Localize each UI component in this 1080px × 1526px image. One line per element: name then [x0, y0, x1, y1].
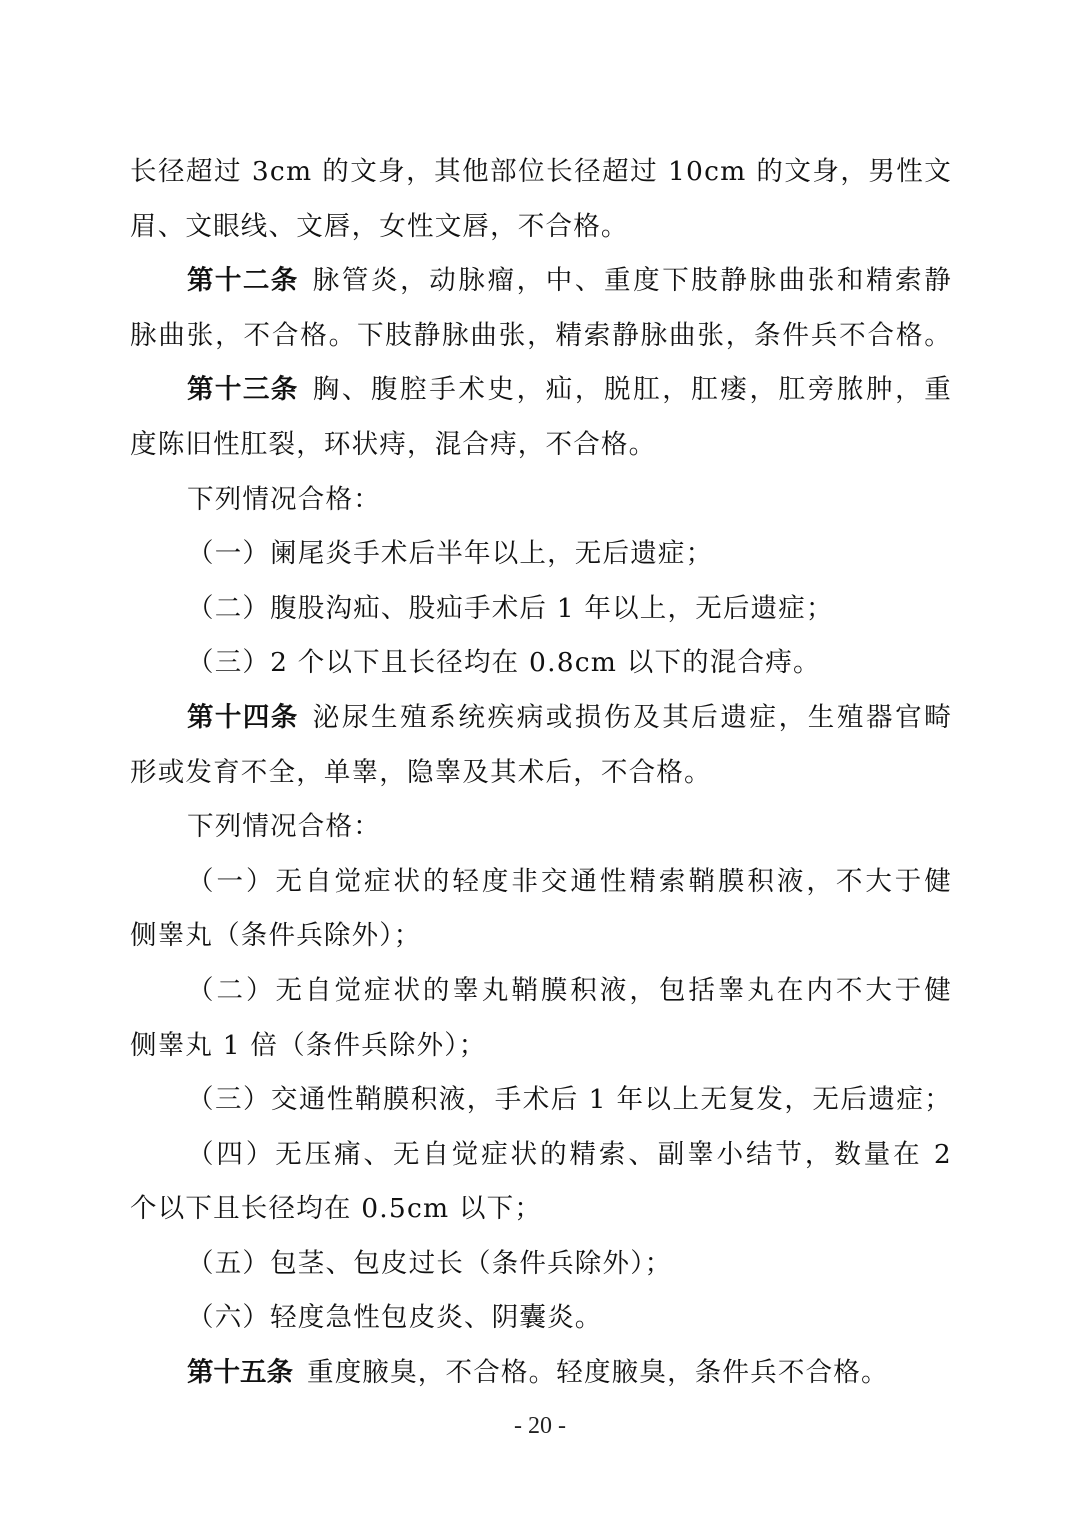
document-page: 长径超过 3cm 的文身，其他部位长径超过 10cm 的文身，男性文 眉、文眼线… [130, 145, 952, 1401]
article-continuation: 脉曲张，不合格。下肢静脉曲张，精索静脉曲张，条件兵不合格。 [130, 309, 952, 364]
list-item-continuation: 侧睾丸（条件兵除外）； [130, 909, 952, 964]
article-first-line: 第十二条脉管炎，动脉瘤，中、重度下肢静脉曲张和精索静 [130, 254, 952, 309]
article-text: 胸、腹腔手术史，疝，脱肛，肛瘘，肛旁脓肿，重 [313, 374, 952, 405]
list-item: （三）2 个以下且长径均在 0.8cm 以下的混合痔。 [130, 636, 952, 691]
list-item: （一）无自觉症状的轻度非交通性精索鞘膜积液，不大于健 [130, 855, 952, 910]
list-item: （二）腹股沟疝、股疝手术后 1 年以上，无后遗症； [130, 582, 952, 637]
article-14: 第十四条泌尿生殖系统疾病或损伤及其后遗症，生殖器官畸 形或发育不全，单睾，隐睾及… [130, 691, 952, 1346]
list-item-continuation: 侧睾丸 1 倍（条件兵除外）； [130, 1019, 952, 1074]
article-12: 第十二条脉管炎，动脉瘤，中、重度下肢静脉曲张和精索静 脉曲张，不合格。下肢静脉曲… [130, 254, 952, 363]
list-item: （四）无压痛、无自觉症状的精索、副睾小结节，数量在 2 [130, 1128, 952, 1183]
text-line: 长径超过 3cm 的文身，其他部位长径超过 10cm 的文身，男性文 [130, 145, 952, 200]
article-text: 重度腋臭，不合格。轻度腋臭，条件兵不合格。 [307, 1357, 889, 1388]
article-label: 第十三条 [187, 374, 299, 405]
article-label: 第十二条 [187, 265, 299, 296]
article-continuation: 度陈旧性肛裂，环状痔，混合痔，不合格。 [130, 418, 952, 473]
article-15: 第十五条重度腋臭，不合格。轻度腋臭，条件兵不合格。 [130, 1346, 952, 1401]
list-item: （一）阑尾炎手术后半年以上，无后遗症； [130, 527, 952, 582]
article-first-line: 第十三条胸、腹腔手术史，疝，脱肛，肛瘘，肛旁脓肿，重 [130, 363, 952, 418]
article-13: 第十三条胸、腹腔手术史，疝，脱肛，肛瘘，肛旁脓肿，重 度陈旧性肛裂，环状痔，混合… [130, 363, 952, 691]
list-item-continuation: 个以下且长径均在 0.5cm 以下； [130, 1182, 952, 1237]
article-first-line: 第十四条泌尿生殖系统疾病或损伤及其后遗症，生殖器官畸 [130, 691, 952, 746]
list-item: （三）交通性鞘膜积液，手术后 1 年以上无复发，无后遗症； [130, 1073, 952, 1128]
list-item: （二）无自觉症状的睾丸鞘膜积液，包括睾丸在内不大于健 [130, 964, 952, 1019]
article-text: 泌尿生殖系统疾病或损伤及其后遗症，生殖器官畸 [313, 702, 952, 733]
list-item: （六）轻度急性包皮炎、阴囊炎。 [130, 1291, 952, 1346]
qualified-intro: 下列情况合格： [130, 473, 952, 528]
article-label: 第十五条 [187, 1357, 293, 1388]
qualified-intro: 下列情况合格： [130, 800, 952, 855]
article-continuation: 形或发育不全，单睾，隐睾及其术后，不合格。 [130, 746, 952, 801]
page-number: - 20 - [0, 1413, 1080, 1440]
article-first-line: 第十五条重度腋臭，不合格。轻度腋臭，条件兵不合格。 [130, 1346, 952, 1401]
article-label: 第十四条 [187, 702, 299, 733]
text-line: 眉、文眼线、文唇，女性文唇，不合格。 [130, 200, 952, 255]
list-item: （五）包茎、包皮过长（条件兵除外）； [130, 1237, 952, 1292]
article-text: 脉管炎，动脉瘤，中、重度下肢静脉曲张和精索静 [313, 265, 952, 296]
